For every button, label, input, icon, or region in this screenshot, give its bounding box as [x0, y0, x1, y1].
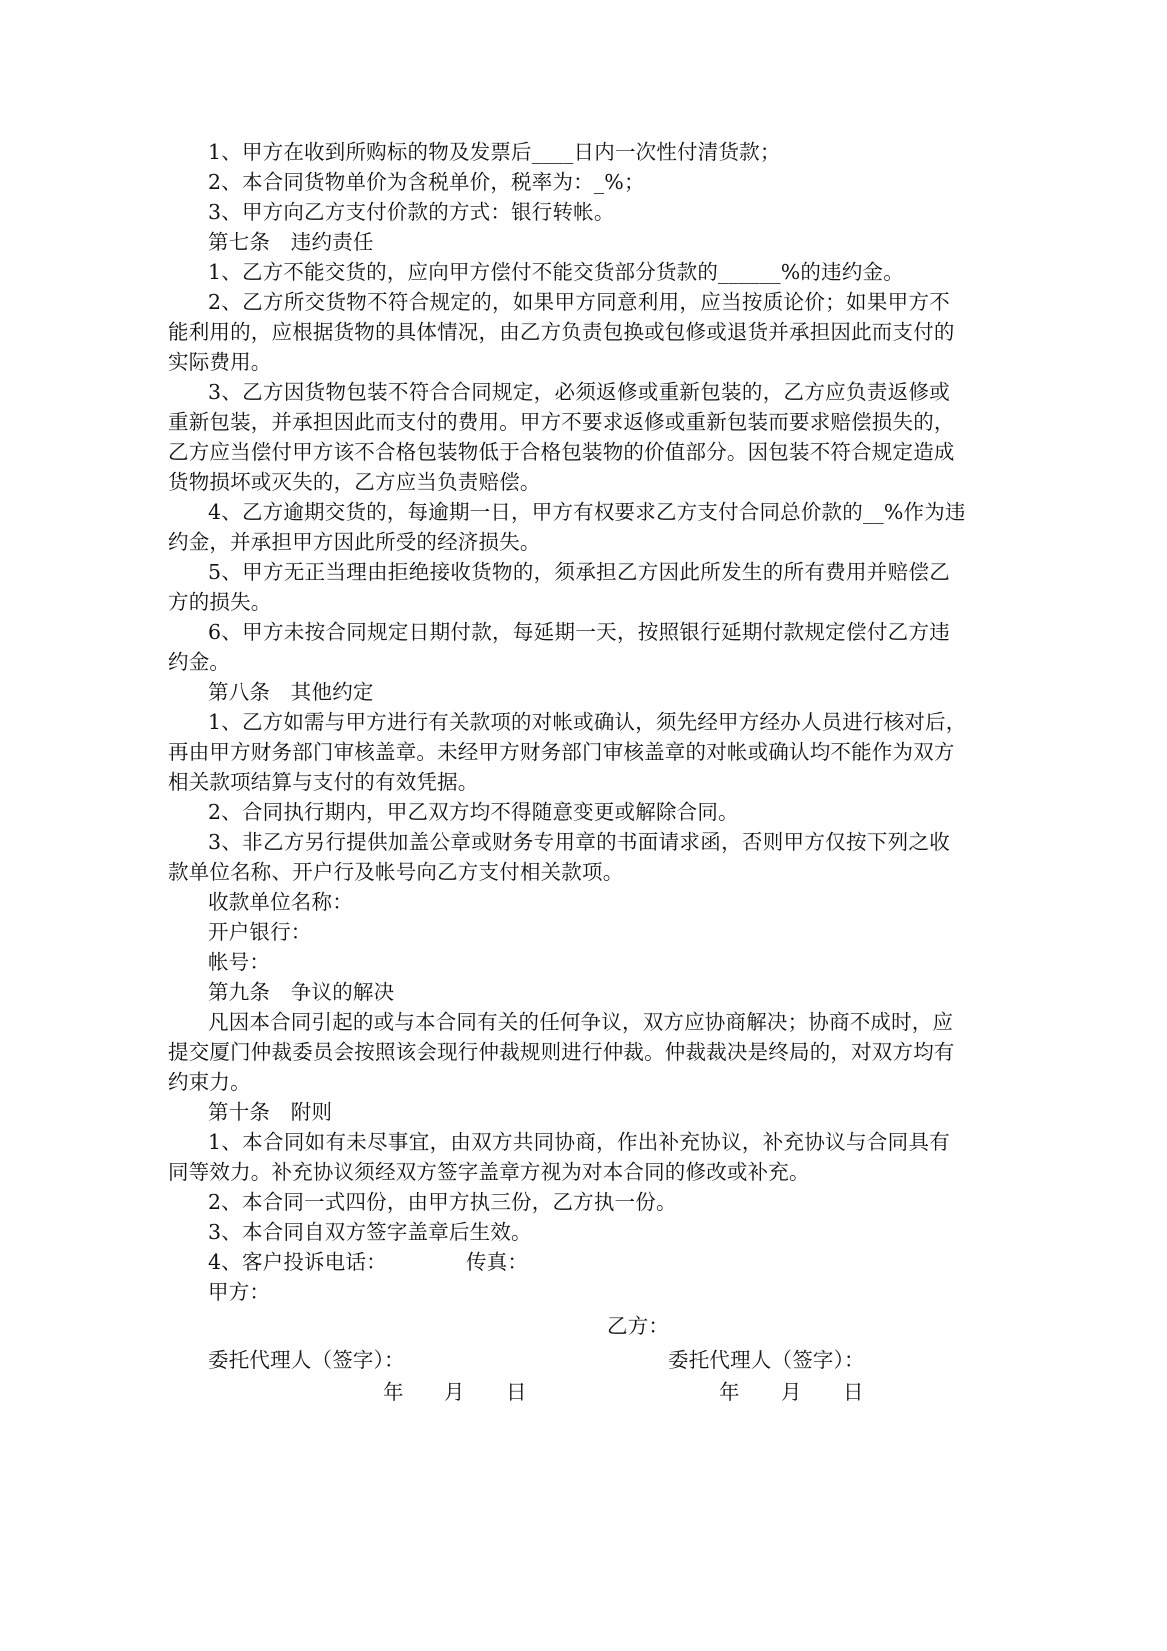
article8-line: 3、非乙方另行提供加盖公章或财务专用章的书面请求函，否则甲方仅按下列之收: [208, 827, 950, 857]
party-a-date-month: 月: [444, 1377, 465, 1407]
party-b-date-month: 月: [781, 1377, 802, 1407]
party-b-date-day: 日: [843, 1377, 864, 1407]
article10-line: 1、本合同如有未尽事宜，由双方共同协商，作出补充协议，补充协议与合同具有: [208, 1127, 950, 1157]
article7-line: 乙方应当偿付甲方该不合格包装物低于合格包装物的价值部分。因包装不符合规定造成: [168, 437, 950, 467]
article7-line: 6、甲方未按合同规定日期付款，每延期一天，按照银行延期付款规定偿付乙方违: [208, 617, 950, 647]
article10-line: 同等效力。补充协议须经双方签字盖章方视为对本合同的修改或补充。: [168, 1157, 810, 1187]
article7-line: 重新包装，并承担因此而支付的费用。甲方不要求返修或重新包装而要求赔偿损失的，: [168, 407, 950, 437]
party-a-agent-label: 委托代理人（签字）：: [208, 1345, 405, 1375]
party-b-date-year: 年: [719, 1377, 740, 1407]
article7-line: 方的损失。: [168, 587, 272, 617]
party-b-label: 乙方：: [607, 1311, 669, 1341]
account-number-label: 帐号：: [208, 947, 270, 977]
article9-line: 提交厦门仲裁委员会按照该会现行仲裁规则进行仲裁。仲裁裁决是终局的，对双方均有: [168, 1037, 950, 1067]
article7-line: 2、乙方所交货物不符合规定的，如果甲方同意利用，应当按质论价；如果甲方不: [208, 287, 950, 317]
article7-line: 能利用的，应根据货物的具体情况，由乙方负责包换或包修或退货并承担因此而支付的: [168, 317, 950, 347]
article9-line: 约束力。: [168, 1067, 251, 1097]
article7-line: 实际费用。: [168, 347, 272, 377]
article7-line: 约金，并承担甲方因此所受的经济损失。: [168, 527, 541, 557]
article8-line: 再由甲方财务部门审核盖章。未经甲方财务部门审核盖章的对帐或确认均不能作为双方: [168, 737, 950, 767]
party-a-date-year: 年: [383, 1377, 404, 1407]
article7-line: 5、甲方无正当理由拒绝接收货物的，须承担乙方因此所发生的所有费用并赔偿乙: [208, 557, 950, 587]
article7-line: 4、乙方逾期交货的，每逾期一日，甲方有权要求乙方支付合同总价款的__%作为违: [208, 497, 950, 527]
payment-item-2: 2、本合同货物单价为含税单价，税率为：_%；: [208, 167, 645, 197]
article9-line: 凡因本合同引起的或与本合同有关的任何争议，双方应协商解决；协商不成时，应: [208, 1007, 950, 1037]
article7-heading: 第七条 违约责任: [208, 227, 374, 257]
payee-name-label: 收款单位名称：: [208, 887, 353, 917]
article9-heading: 第九条 争议的解决: [208, 977, 394, 1007]
party-a-label: 甲方：: [208, 1277, 270, 1307]
article8-heading: 第八条 其他约定: [208, 677, 374, 707]
article8-line: 款单位名称、开户行及帐号向乙方支付相关款项。: [168, 857, 623, 887]
article7-line: 3、乙方因货物包装不符合合同规定，必须返修或重新包装的，乙方应负责返修或: [208, 377, 950, 407]
bank-label: 开户银行：: [208, 917, 312, 947]
complaint-phone-label: 4、客户投诉电话：: [208, 1247, 387, 1277]
party-a-date-day: 日: [506, 1377, 527, 1407]
article7-line: 1、乙方不能交货的，应向甲方偿付不能交货部分货款的______%的违约金。: [208, 257, 904, 287]
article8-line: 相关款项结算与支付的有效凭据。: [168, 767, 479, 797]
article7-line: 约金。: [168, 647, 230, 677]
party-b-agent-label: 委托代理人（签字）：: [668, 1345, 865, 1375]
article10-line: 2、本合同一式四份，由甲方执三份，乙方执一份。: [208, 1187, 677, 1217]
article8-line: 2、合同执行期内，甲乙双方均不得随意变更或解除合同。: [208, 797, 739, 827]
article7-line: 货物损坏或灭失的，乙方应当负责赔偿。: [168, 467, 541, 497]
article10-heading: 第十条 附则: [208, 1097, 332, 1127]
article8-line: 1、乙方如需与甲方进行有关款项的对帐或确认，须先经甲方经办人员进行核对后，: [208, 707, 950, 737]
payment-item-1: 1、甲方在收到所购标的物及发票后____日内一次性付清货款；: [208, 137, 781, 167]
fax-label: 传真：: [466, 1247, 528, 1277]
payment-item-3: 3、甲方向乙方支付价款的方式：银行转帐。: [208, 197, 615, 227]
document-page: 1、甲方在收到所购标的物及发票后____日内一次性付清货款； 2、本合同货物单价…: [0, 0, 1167, 1651]
article10-line: 3、本合同自双方签字盖章后生效。: [208, 1217, 532, 1247]
